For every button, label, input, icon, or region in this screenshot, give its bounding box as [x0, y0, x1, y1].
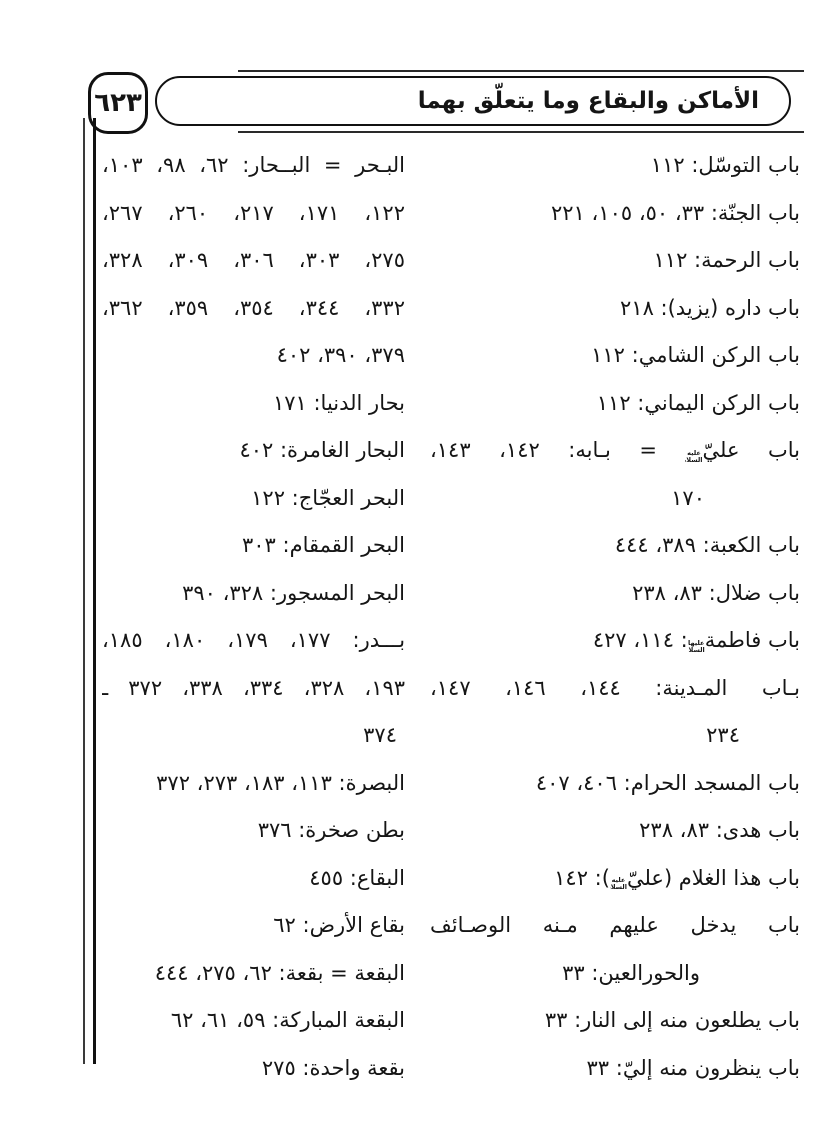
index-line: باب ضلال: ٨٣، ٢٣٨	[430, 570, 800, 618]
index-entry: باب المسجد الحرام: ٤٠٦، ٤٠٧	[430, 760, 800, 808]
index-line: ٣٣٢، ٣٤٤، ٣٥٤، ٣٥٩، ٣٦٢،	[102, 285, 405, 333]
index-left-column: البـحر = البــحار: ٦٢، ٩٨، ١٠٣،١٢٢، ١٧١،…	[102, 142, 405, 1092]
index-entry: البحر القمقام: ٣٠٣	[102, 522, 405, 570]
index-line: باب هذا الغلام (عليّعليه السلام): ١٤٢	[430, 855, 800, 903]
index-line: باب يدخل عليهم مـنه الوصـائف	[430, 902, 800, 950]
page-title: الأماكن والبقاع وما يتعلّق بهما	[418, 88, 759, 114]
index-line: باب عليّعليه السلام = بـابه: ١٤٢، ١٤٣،	[430, 427, 800, 475]
index-line: باب ينظرون منه إليّ: ٣٣	[430, 1045, 800, 1093]
index-line: البقعة المباركة: ٥٩، ٦١، ٦٢	[102, 997, 405, 1045]
index-line: بـاب المـدينة: ١٤٤، ١٤٦، ١٤٧،	[430, 665, 800, 713]
index-line: باب هدى: ٨٣، ٢٣٨	[430, 807, 800, 855]
index-line: ١٢٢، ١٧١، ٢١٧، ٢٦٠، ٢٦٧،	[102, 190, 405, 238]
index-line: البحار الغامرة: ٤٠٢	[102, 427, 405, 475]
index-entry: بحار الدنيا: ١٧١	[102, 380, 405, 428]
index-entry: بـــدر: ١٧٧، ١٧٩، ١٨٠، ١٨٥،١٩٣، ٣٢٨، ٣٣٤…	[102, 617, 405, 760]
header-rule-top	[238, 70, 804, 72]
index-line: البقعة = بقعة: ٦٢، ٢٧٥، ٤٤٤	[102, 950, 405, 998]
index-entry: باب ينظرون منه إليّ: ٣٣	[430, 1045, 800, 1093]
index-entry: بقاع الأرض: ٦٢	[102, 902, 405, 950]
header-title-box: الأماكن والبقاع وما يتعلّق بهما	[155, 76, 791, 126]
index-line: باب التوسّل: ١١٢	[430, 142, 800, 190]
index-entry: باب هذا الغلام (عليّعليه السلام): ١٤٢	[430, 855, 800, 903]
index-line: البحر القمقام: ٣٠٣	[102, 522, 405, 570]
honorific-seal: عليها السلام	[688, 640, 705, 654]
index-entry: باب الكعبة: ٣٨٩، ٤٤٤	[430, 522, 800, 570]
index-line: باب الجنّة: ٣٣، ٥٠، ١٠٥، ٢٢١	[430, 190, 800, 238]
page-number: ٦٢٣	[94, 88, 142, 118]
index-right-column: باب التوسّل: ١١٢باب الجنّة: ٣٣، ٥٠، ١٠٥،…	[430, 142, 800, 1092]
index-line: بقاع الأرض: ٦٢	[102, 902, 405, 950]
index-entry: بقعة واحدة: ٢٧٥	[102, 1045, 405, 1093]
index-entry: البقعة المباركة: ٥٩، ٦١، ٦٢	[102, 997, 405, 1045]
index-entry: البقاع: ٤٥٥	[102, 855, 405, 903]
book-page: ٦٢٣ الأماكن والبقاع وما يتعلّق بهما باب …	[0, 0, 826, 1147]
index-entry: البـحر = البــحار: ٦٢، ٩٨، ١٠٣،١٢٢، ١٧١،…	[102, 142, 405, 380]
index-entry: باب فاطمةعليها السلام: ١١٤، ٤٢٧	[430, 617, 800, 665]
index-line: البصرة: ١١٣، ١٨٣، ٢٧٣، ٣٧٢	[102, 760, 405, 808]
index-line: باب الركن الشامي: ١١٢	[430, 332, 800, 380]
index-entry: البحر العجّاج: ١٢٢	[102, 475, 405, 523]
index-line: البحر المسجور: ٣٢٨، ٣٩٠	[102, 570, 405, 618]
index-entry: باب ضلال: ٨٣، ٢٣٨	[430, 570, 800, 618]
header-rule-bottom	[238, 131, 804, 133]
margin-rule-thin	[83, 118, 85, 1064]
index-entry: باب التوسّل: ١١٢	[430, 142, 800, 190]
index-line: بقعة واحدة: ٢٧٥	[102, 1045, 405, 1093]
index-line: ٢٣٤	[430, 712, 800, 760]
index-line: ٢٧٥، ٣٠٣، ٣٠٦، ٣٠٩، ٣٢٨،	[102, 237, 405, 285]
index-line: البقاع: ٤٥٥	[102, 855, 405, 903]
index-entry: بطن صخرة: ٣٧٦	[102, 807, 405, 855]
index-entry: البحر المسجور: ٣٢٨، ٣٩٠	[102, 570, 405, 618]
index-entry: البصرة: ١١٣، ١٨٣، ٢٧٣، ٣٧٢	[102, 760, 405, 808]
page-number-badge: ٦٢٣	[88, 72, 148, 134]
margin-rule-thick	[93, 118, 96, 1064]
index-entry: باب الركن اليماني: ١١٢	[430, 380, 800, 428]
index-entry: البحار الغامرة: ٤٠٢	[102, 427, 405, 475]
index-entry: باب هدى: ٨٣، ٢٣٨	[430, 807, 800, 855]
index-line: بـــدر: ١٧٧، ١٧٩، ١٨٠، ١٨٥،	[102, 617, 405, 665]
index-entry: بـاب المـدينة: ١٤٤، ١٤٦، ١٤٧،٢٣٤	[430, 665, 800, 760]
index-entry: باب الرحمة: ١١٢	[430, 237, 800, 285]
index-line: البحر العجّاج: ١٢٢	[102, 475, 405, 523]
honorific-seal: عليه السلام	[610, 877, 627, 891]
index-entry: باب الجنّة: ٣٣، ٥٠، ١٠٥، ٢٢١	[430, 190, 800, 238]
index-line: البـحر = البــحار: ٦٢، ٩٨، ١٠٣،	[102, 142, 405, 190]
index-line: بطن صخرة: ٣٧٦	[102, 807, 405, 855]
index-line: باب الركن اليماني: ١١٢	[430, 380, 800, 428]
index-line: ١٧٠	[430, 475, 800, 523]
index-entry: باب داره (يزيد): ٢١٨	[430, 285, 800, 333]
index-line: باب داره (يزيد): ٢١٨	[430, 285, 800, 333]
index-line: باب المسجد الحرام: ٤٠٦، ٤٠٧	[430, 760, 800, 808]
index-entry: باب عليّعليه السلام = بـابه: ١٤٢، ١٤٣،١٧…	[430, 427, 800, 522]
index-entry: البقعة = بقعة: ٦٢، ٢٧٥، ٤٤٤	[102, 950, 405, 998]
index-line: باب الرحمة: ١١٢	[430, 237, 800, 285]
index-line: بحار الدنيا: ١٧١	[102, 380, 405, 428]
index-entry: باب يدخل عليهم مـنه الوصـائفوالحورالعين:…	[430, 902, 800, 997]
index-entry: باب الركن الشامي: ١١٢	[430, 332, 800, 380]
honorific-seal: عليه السلام	[685, 450, 702, 464]
index-line: ١٩٣، ٣٢٨، ٣٣٤، ٣٣٨، ٣٧٢ ـ	[102, 665, 405, 713]
index-line: ٣٧٤	[102, 712, 405, 760]
index-line: ٣٧٩، ٣٩٠، ٤٠٢	[102, 332, 405, 380]
index-line: باب يطلعون منه إلى النار: ٣٣	[430, 997, 800, 1045]
index-line: باب فاطمةعليها السلام: ١١٤، ٤٢٧	[430, 617, 800, 665]
index-line: باب الكعبة: ٣٨٩، ٤٤٤	[430, 522, 800, 570]
index-entry: باب يطلعون منه إلى النار: ٣٣	[430, 997, 800, 1045]
index-line: والحورالعين: ٣٣	[430, 950, 800, 998]
